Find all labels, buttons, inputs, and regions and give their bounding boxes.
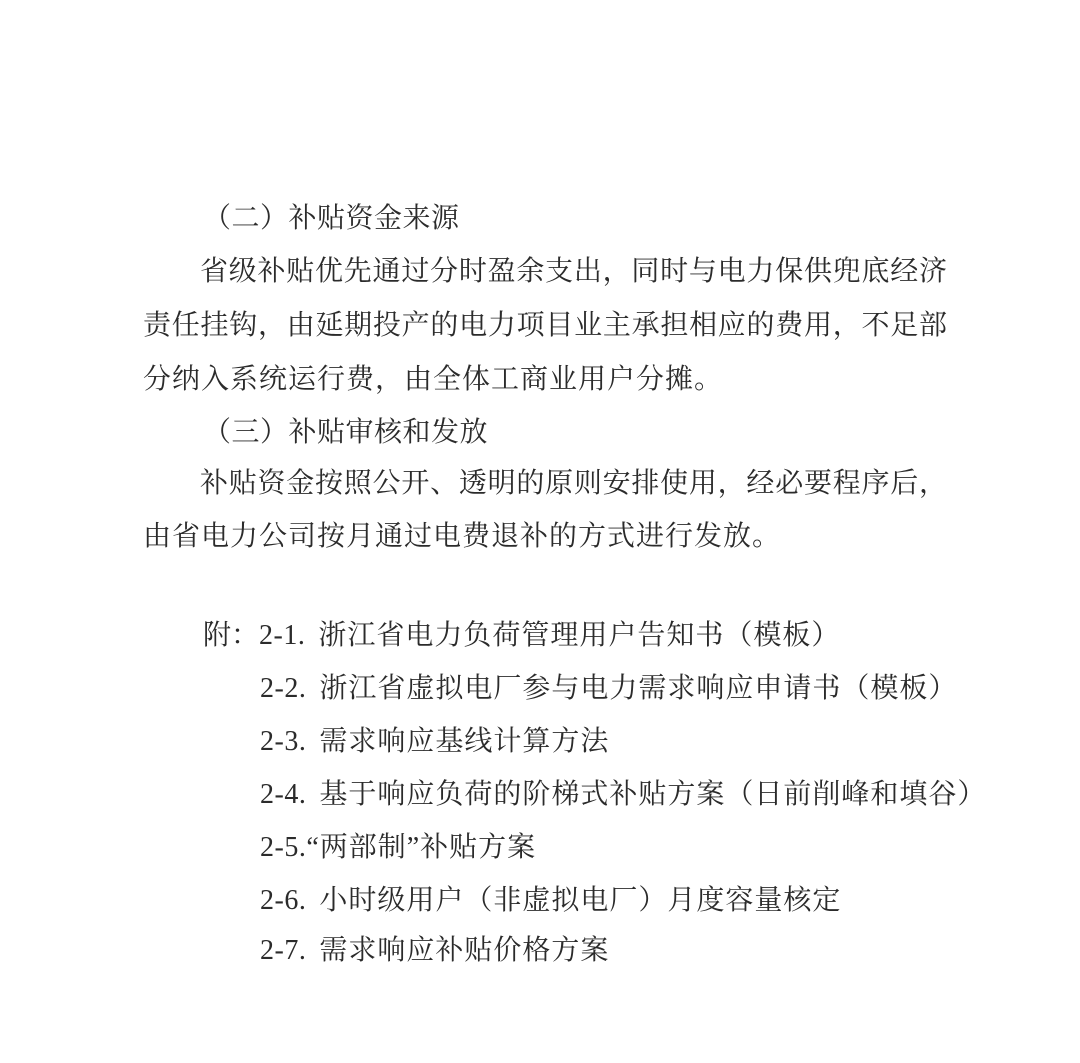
attachment-title: “两部制”补贴方案 [306, 832, 536, 863]
section-3-paragraph-line-2: 由省电力公司按月通过电费退补的方式进行发放。 [143, 517, 947, 557]
attachment-title: 基于响应负荷的阶梯式补贴方案（日前削峰和填谷） [319, 779, 986, 810]
attachment-item-2-2: 2-2.浙江省虚拟电厂参与电力需求响应申请书（模板） [143, 669, 947, 709]
section-2-paragraph-line-3: 分纳入系统运行费，由全体工商业用户分摊。 [143, 360, 947, 400]
attachment-number: 2-6. [260, 885, 306, 916]
attachment-title: 需求响应基线计算方法 [319, 726, 609, 757]
document-content: （二）补贴资金来源 省级补贴优先通过分时盈余支出，同时与电力保供兜底经济 责任挂… [143, 0, 947, 1063]
section-3-paragraph-line-1: 补贴资金按照公开、透明的原则安排使用，经必要程序后， [143, 464, 947, 504]
attachment-number: 2-7. [260, 935, 306, 966]
attachment-title: 小时级用户（非虚拟电厂）月度容量核定 [319, 885, 841, 916]
attachment-item-2-4: 2-4.基于响应负荷的阶梯式补贴方案（日前削峰和填谷） [143, 775, 947, 815]
attachment-item-2-3: 2-3.需求响应基线计算方法 [143, 722, 947, 762]
section-2-paragraph-line-1: 省级补贴优先通过分时盈余支出，同时与电力保供兜底经济 [143, 252, 947, 292]
section-2-paragraph-line-2: 责任挂钩，由延期投产的电力项目业主承担相应的费用，不足部 [143, 306, 947, 346]
attachment-item-2-6: 2-6.小时级用户（非虚拟电厂）月度容量核定 [143, 881, 947, 921]
document-page: （二）补贴资金来源 省级补贴优先通过分时盈余支出，同时与电力保供兜底经济 责任挂… [0, 0, 1080, 1063]
attachment-number: 2-5. [260, 832, 306, 863]
attachment-item-2-5: 2-5.“两部制”补贴方案 [143, 828, 947, 868]
attachment-item-2-1: 附：2-1.浙江省电力负荷管理用户告知书（模板） [143, 616, 947, 656]
attachment-title: 需求响应补贴价格方案 [319, 935, 609, 966]
attachment-number: 2-2. [260, 673, 306, 704]
section-2-heading: （二）补贴资金来源 [143, 199, 947, 239]
attachment-title: 浙江省电力负荷管理用户告知书（模板） [318, 620, 840, 651]
attachment-number: 2-1. [259, 620, 305, 651]
attachment-label: 附： [203, 620, 259, 651]
attachment-number: 2-3. [260, 726, 306, 757]
attachment-title: 浙江省虚拟电厂参与电力需求响应申请书（模板） [319, 673, 957, 704]
section-3-heading: （三）补贴审核和发放 [143, 413, 947, 453]
attachment-number: 2-4. [260, 779, 306, 810]
attachment-item-2-7: 2-7.需求响应补贴价格方案 [143, 931, 947, 971]
